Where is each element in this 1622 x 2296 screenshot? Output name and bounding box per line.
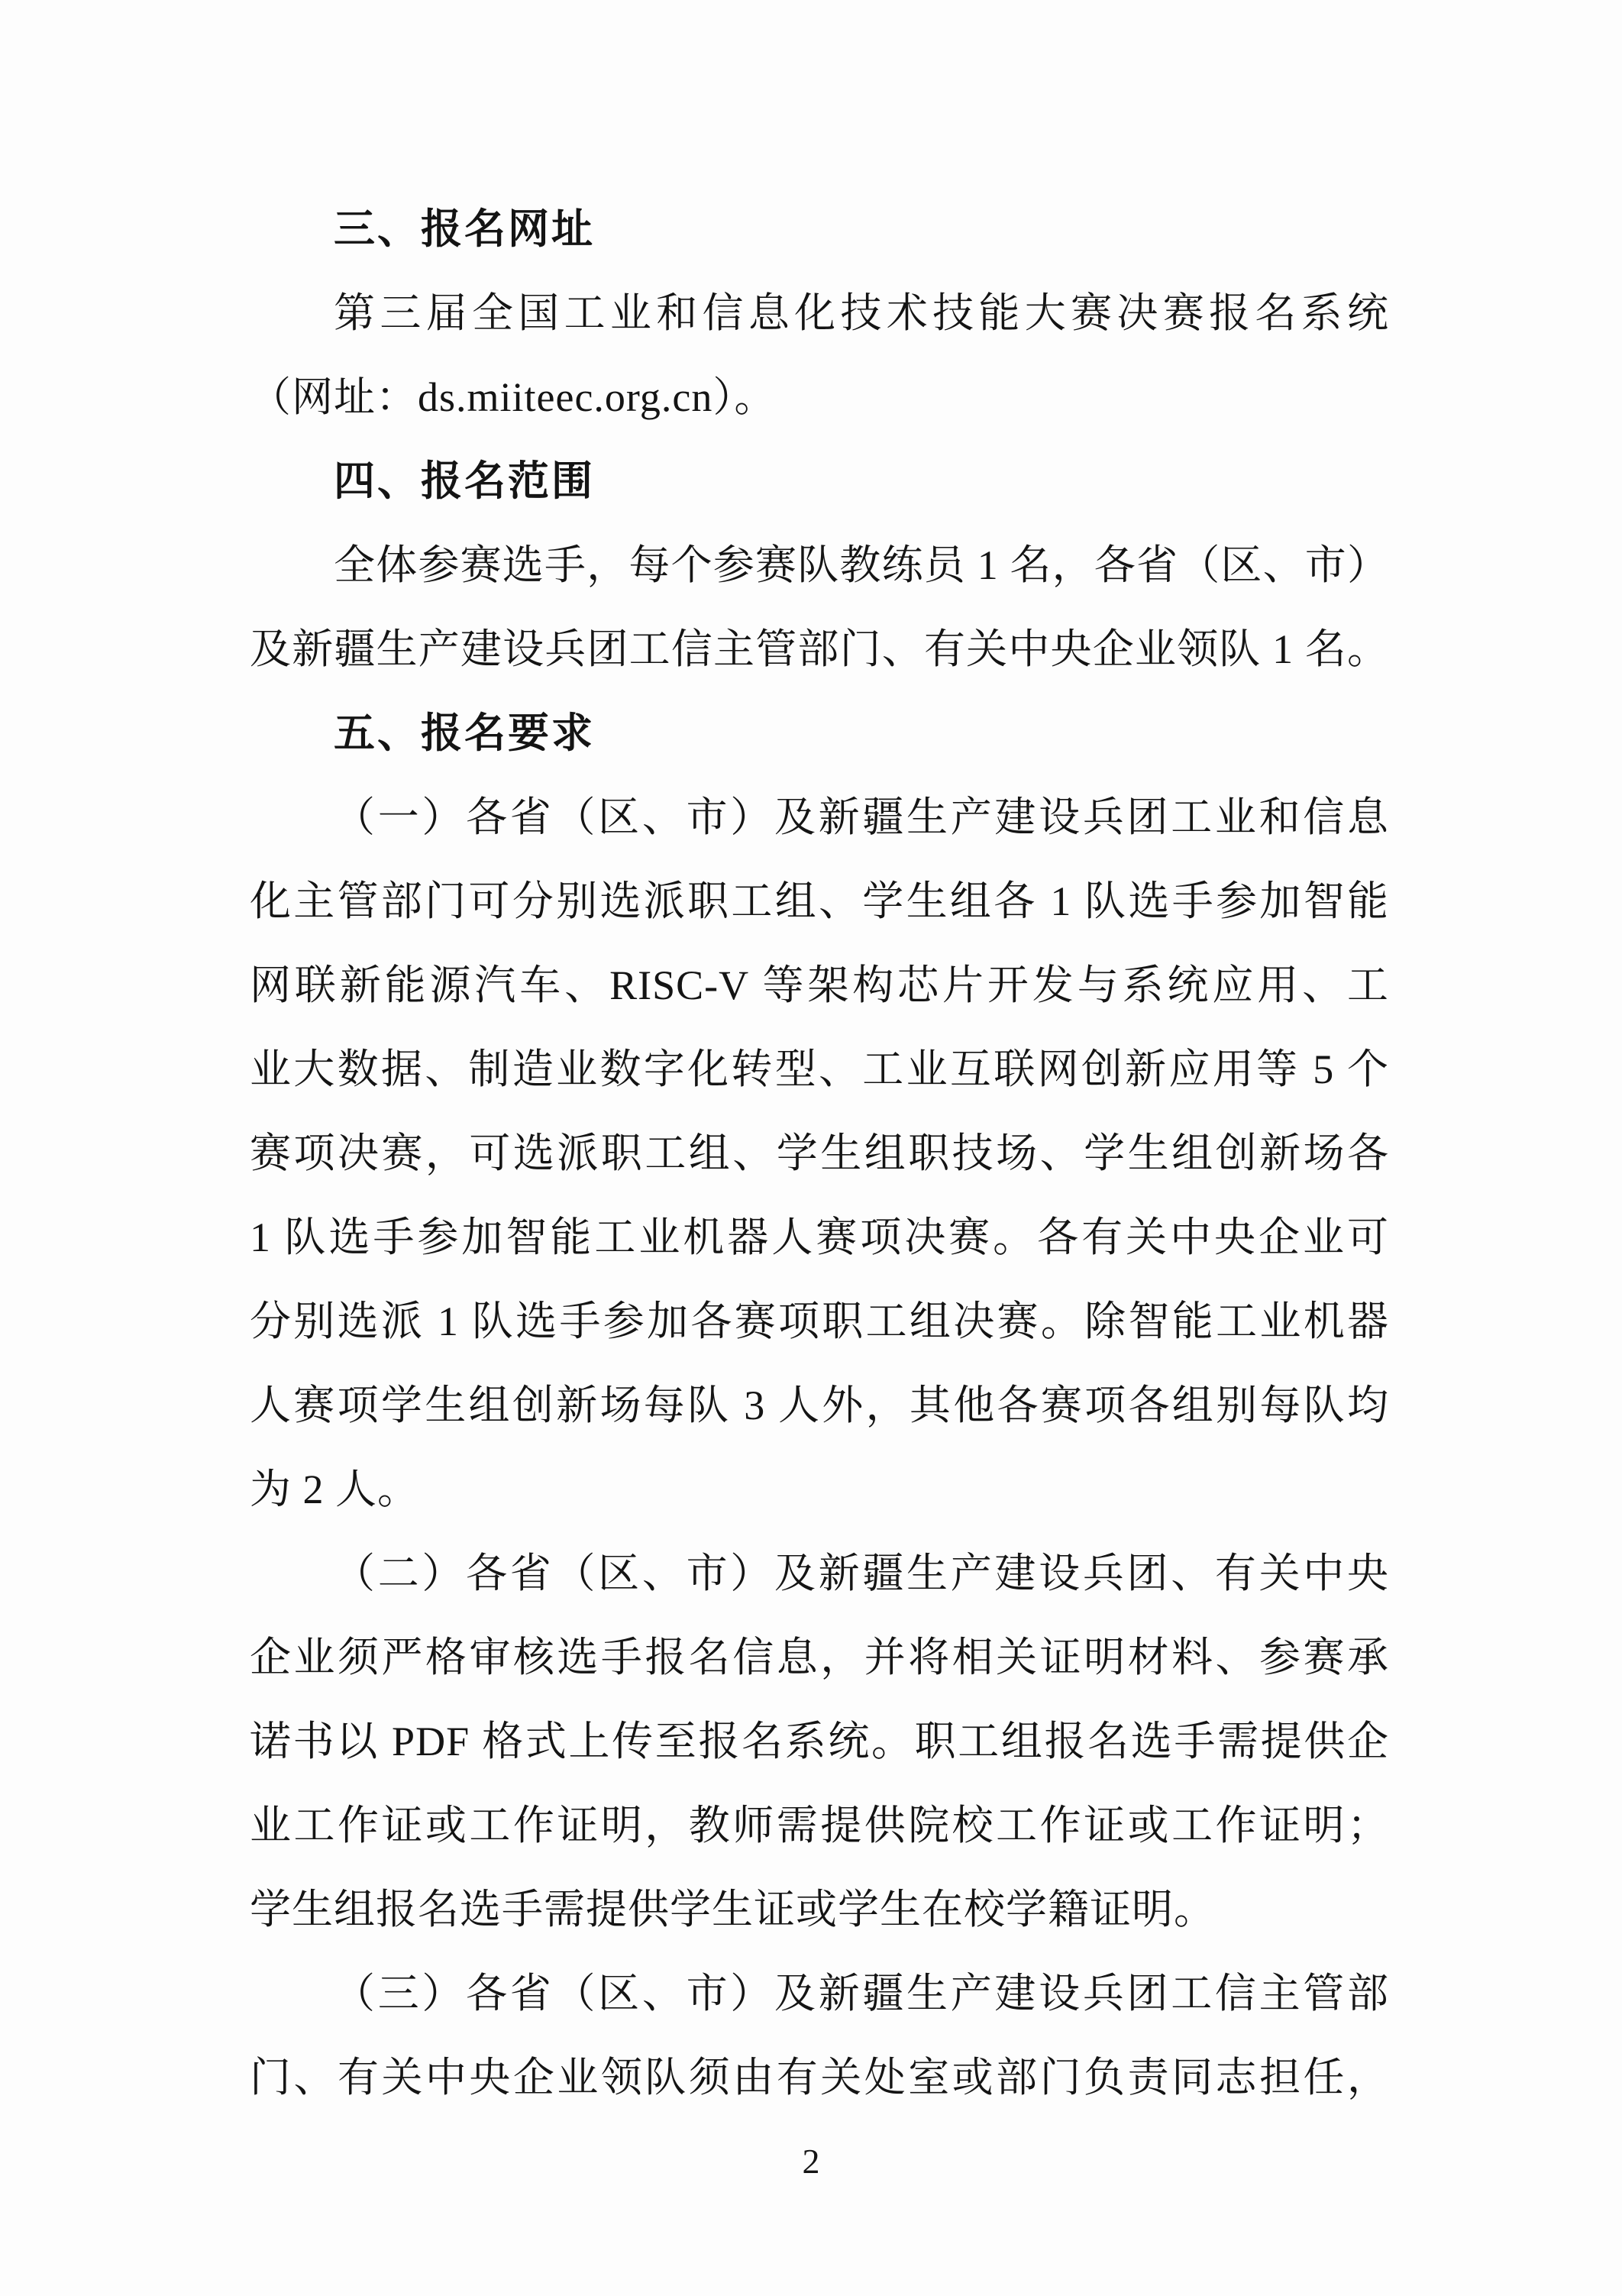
heading-line: 四、报名范围 xyxy=(250,439,1389,523)
body-line: 化主管部门可分别选派职工组、学生组各 1 队选手参加智能 xyxy=(250,859,1389,943)
paragraph: （三）各省（区、市）及新疆生产建设兵团工信主管部门、有关中央企业领队须由有关处室… xyxy=(250,1952,1389,2120)
body-line: 业工作证或工作证明，教师需提供院校工作证或工作证明； xyxy=(250,1783,1389,1868)
paragraph: （二）各省（区、市）及新疆生产建设兵团、有关中央企业须严格审核选手报名信息，并将… xyxy=(250,1531,1389,1952)
body-line: 赛项决赛，可选派职工组、学生组职技场、学生组创新场各 xyxy=(250,1111,1389,1195)
body-line: （一）各省（区、市）及新疆生产建设兵团工业和信息 xyxy=(250,775,1389,859)
heading-line: 三、报名网址 xyxy=(250,187,1389,271)
body-line: 业大数据、制造业数字化转型、工业互联网创新应用等 5 个 xyxy=(250,1027,1389,1111)
body-line: 分别选派 1 队选手参加各赛项职工组决赛。除智能工业机器 xyxy=(250,1279,1389,1363)
section-heading: 三、报名网址 xyxy=(250,187,1389,271)
section-heading: 五、报名要求 xyxy=(250,691,1389,775)
body-line: 第三届全国工业和信息化技术技能大赛决赛报名系统 xyxy=(250,271,1389,355)
body-line: 及新疆生产建设兵团工信主管部门、有关中央企业领队 1 名。 xyxy=(250,607,1389,691)
heading-line: 五、报名要求 xyxy=(250,691,1389,775)
paragraph: 第三届全国工业和信息化技术技能大赛决赛报名系统（网址：ds.miiteec.or… xyxy=(250,271,1389,439)
scanned-document: { "document": { "page_number": "2", "tex… xyxy=(0,0,1622,2296)
body-line: 学生组报名选手需提供学生证或学生在校学籍证明。 xyxy=(250,1868,1389,1952)
body-line: 全体参赛选手，每个参赛队教练员 1 名，各省（区、市） xyxy=(250,523,1389,607)
body-line: 企业须严格审核选手报名信息，并将相关证明材料、参赛承 xyxy=(250,1615,1389,1699)
body-line: 1 队选手参加智能工业机器人赛项决赛。各有关中央企业可 xyxy=(250,1195,1389,1279)
paragraph: （一）各省（区、市）及新疆生产建设兵团工业和信息化主管部门可分别选派职工组、学生… xyxy=(250,775,1389,1531)
section-heading: 四、报名范围 xyxy=(250,439,1389,523)
paragraph: 全体参赛选手，每个参赛队教练员 1 名，各省（区、市）及新疆生产建设兵团工信主管… xyxy=(250,523,1389,691)
page-number: 2 xyxy=(0,2139,1622,2184)
body-line: 人赛项学生组创新场每队 3 人外，其他各赛项各组别每队均 xyxy=(250,1363,1389,1447)
body-line: 为 2 人。 xyxy=(250,1447,1389,1531)
body-line: （网址：ds.miiteec.org.cn）。 xyxy=(250,355,1389,439)
body-line: （二）各省（区、市）及新疆生产建设兵团、有关中央 xyxy=(250,1531,1389,1615)
body-line: 网联新能源汽车、RISC-V 等架构芯片开发与系统应用、工 xyxy=(250,943,1389,1027)
body-line: 诺书以 PDF 格式上传至报名系统。职工组报名选手需提供企 xyxy=(250,1699,1389,1783)
body-line: 门、有关中央企业领队须由有关处室或部门负责同志担任， xyxy=(250,2036,1389,2120)
document-page: 三、报名网址第三届全国工业和信息化技术技能大赛决赛报名系统（网址：ds.miit… xyxy=(0,0,1622,2296)
body-line: （三）各省（区、市）及新疆生产建设兵团工信主管部 xyxy=(250,1952,1389,2036)
document-body: 三、报名网址第三届全国工业和信息化技术技能大赛决赛报名系统（网址：ds.miit… xyxy=(250,187,1389,2120)
